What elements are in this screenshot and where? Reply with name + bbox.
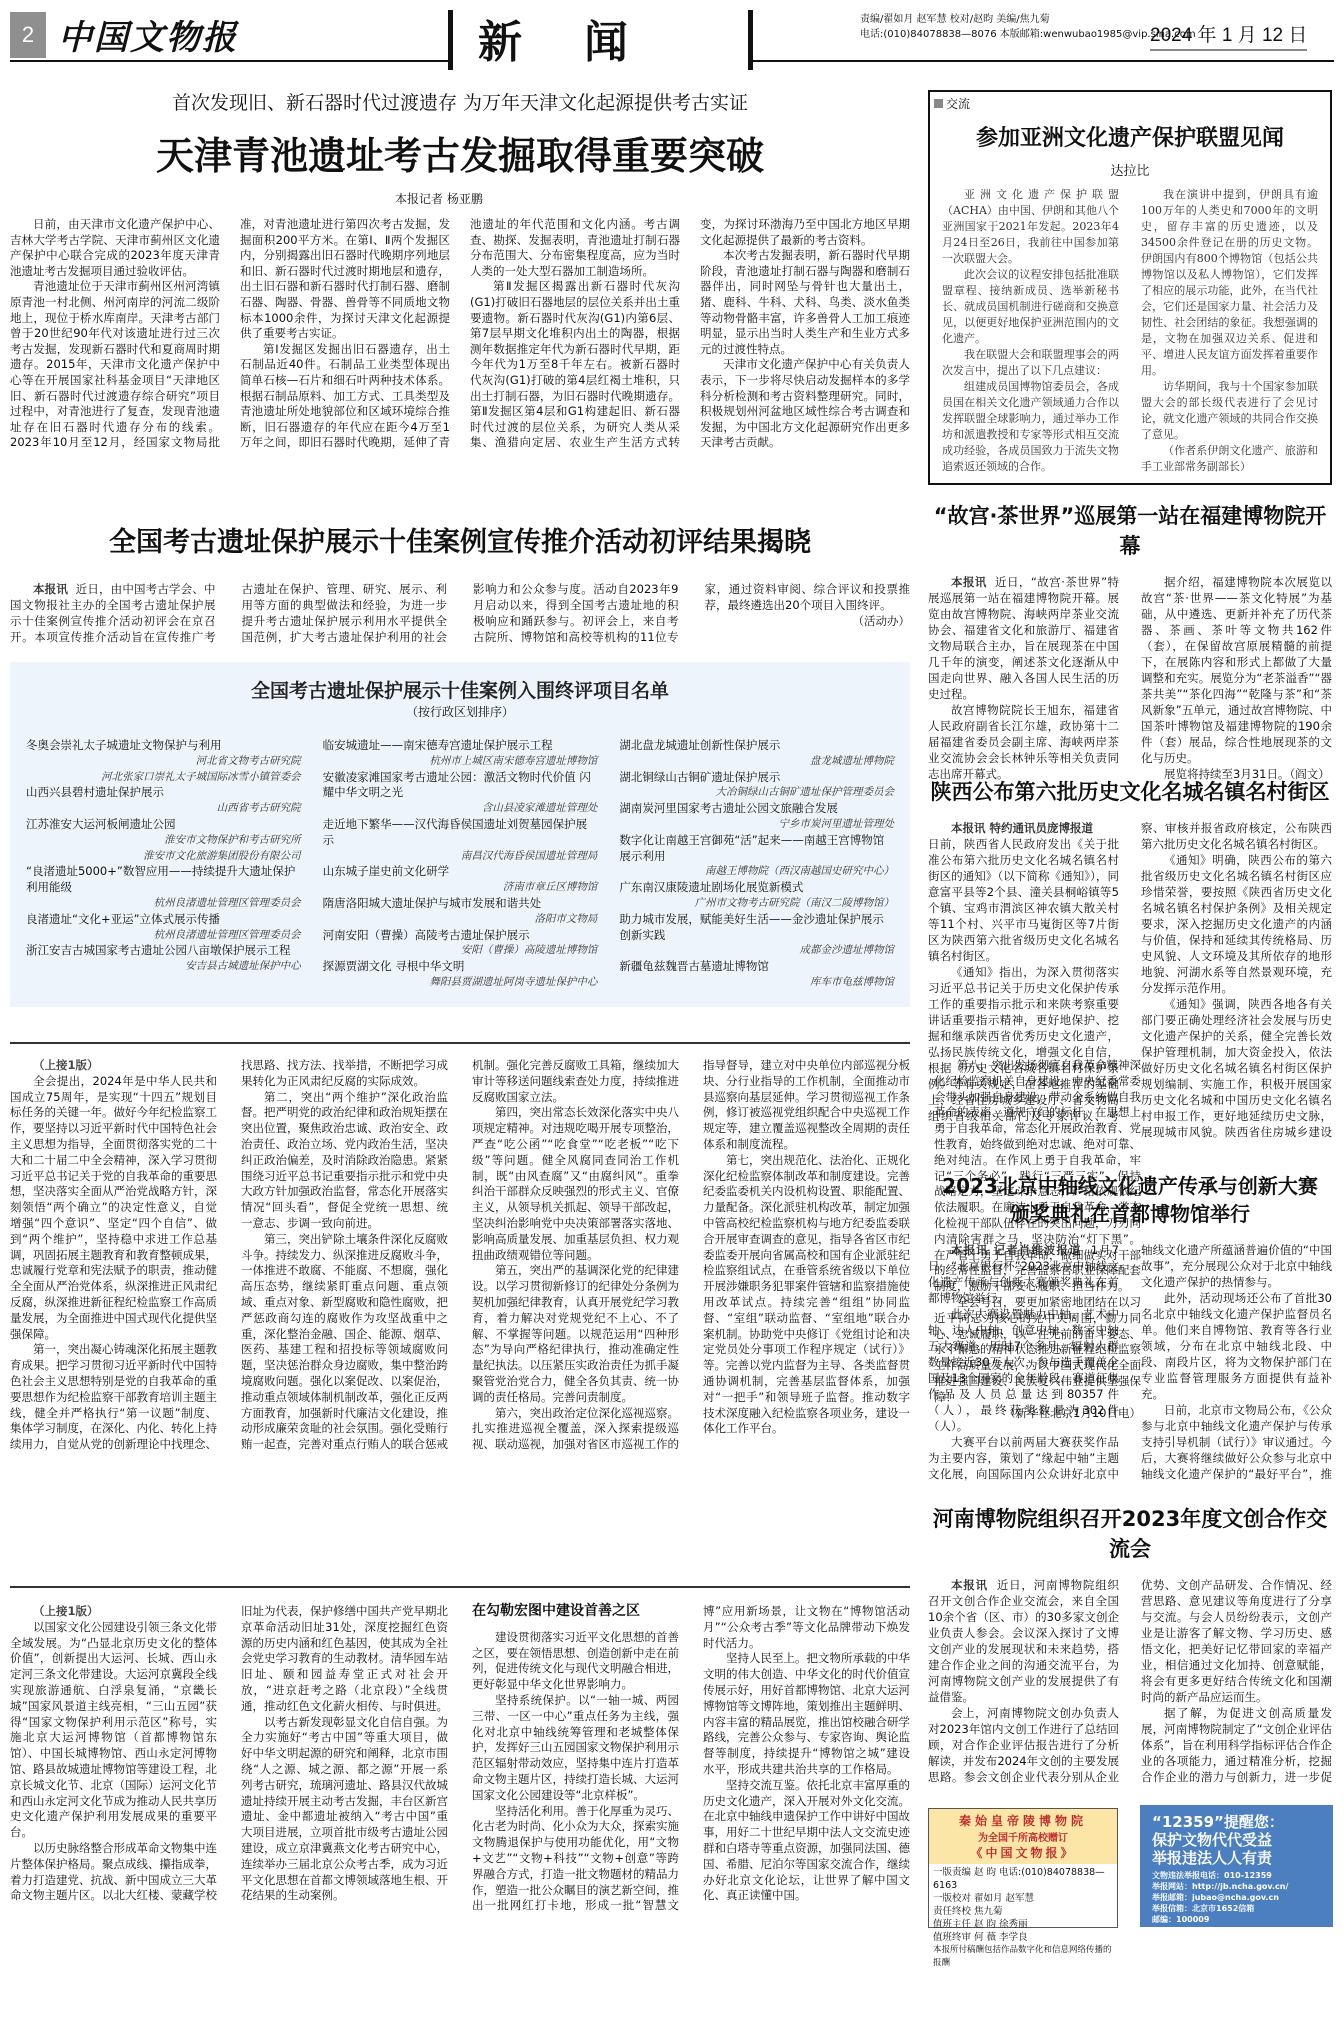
label-square-icon <box>934 99 943 108</box>
masthead-divider-left <box>448 10 453 70</box>
finalist-list-subtitle: （按行政区划排序） <box>26 703 894 720</box>
list-item: 隋唐洛阳城大遗址保护与城市发展和谐共处洛阳市文物局 <box>323 896 598 928</box>
ad-emperor-museum: 秦始皇帝陵博物院 为全国千所高校赠订 《中国文物报》 一版责编 赵 昀 电话:(… <box>928 1808 1118 1928</box>
paragraph: 全会号召，要更加紧密地团结在以习近平同志为核心的党中央周围，勠力同心、忠诚履职，… <box>934 1295 1141 1406</box>
ad-12359: “12359”提醒您： 保护文物代代受益 举报违法人人有责 文物违法举报电话：0… <box>1140 1805 1333 1927</box>
staff-line: 值班终审 何 薇 李学良 <box>933 1931 1113 1944</box>
paragraph: 第二，突出“两个维护”深化政治监督。把严明党的政治纪律和政治规矩摆在突出位置，聚… <box>241 1090 448 1232</box>
paragraph: 坚持人民至上。把文物所承载的中华文明的伟大创造、中华文化的时代价值宣传展示好，用… <box>703 1651 910 1777</box>
article-headline: 陕西公布第六批历史文化名城名镇名村街区 <box>928 776 1332 806</box>
paragraph: 据介绍，福建博物院本次展览以故宫“茶·世界——茶文化特展”为基础，从中遴选、更新… <box>1141 574 1332 766</box>
list-item: 临安城遗址——南宋德寿宫遗址保护展示工程杭州市上城区南宋德寿宫遗址博物馆 <box>323 738 598 770</box>
paragraph: 此外，活动现场还公布了首批30名北京中轴线文化遗产保护监督员名单。他们来自博物馆… <box>1141 1290 1332 1402</box>
masthead-rule-right <box>750 60 1334 62</box>
article-kicker: 首次发现旧、新石器时代过渡遗存 为万年天津文化起源提供考古实证 <box>10 88 910 115</box>
list-item: 助力城市发展，赋能美好生活——金沙遗址保护展示创新实践成都金沙遗址博物馆 <box>619 912 894 959</box>
paragraph: 近日，河南博物院组织召开文创合作企业交流会，来自全国10余个省（区、市）的30多… <box>928 1578 1119 1704</box>
finalist-list-title: 全国考古遗址保护展示十佳案例入围终评项目名单 <box>26 676 894 703</box>
article-beijing: （上接1版） 以国家文化公园建设引领三条文化带全域发展。为“凸显北京历史文化的整… <box>10 1604 910 1934</box>
article-headline: 河南博物院组织召开2023年度文创合作交流会 <box>928 1503 1332 1563</box>
continued-note: （上接1版） <box>10 1058 217 1074</box>
section-divider <box>10 1586 910 1588</box>
ad-contact-postcode: 邮编：100009 <box>1152 1914 1321 1925</box>
list-item: 湖北铜绿山古铜矿遗址保护展示大冶铜绿山古铜矿遗址保护管理委员会 <box>619 770 894 802</box>
article-body: （上接1版） 全会提出，2024年是中华人民共和国成立75周年，是实现“十四五”… <box>10 1058 910 1458</box>
list-item: 山西兴县碧村遗址保护展示山西省考古研究院 <box>26 785 301 817</box>
paragraph: 第四，突出常态长效深化落实中央八项规定精神。对违规吃喝开展专项整治，严查“吃公函… <box>472 1105 679 1263</box>
ad-staff-list: 一版责编 赵 昀 电话:(010)84078838—6163 一版校对 翟如月 … <box>929 1864 1117 1972</box>
article-top10: 全国考古遗址保护展示十佳案例宣传推介活动初评结果揭晓 本报讯 近日，由中国考古学… <box>10 520 910 653</box>
paragraph: 建设贯彻落实习近平文化思想的首善之区，要在领悟思想、创造创新中走在前列，促进传统… <box>472 1630 679 1693</box>
list-item: 广东南汉康陵遗址剧场化展览新模式广州市文物考古研究院（南汉二陵博物馆） <box>619 880 894 912</box>
article-tea: “故宫·茶世界”巡展第一站在福建博物院开幕 本报讯 近日，“故宫·茶世界”特展巡… <box>928 500 1332 784</box>
ad-contact-email: 举报邮箱：jubao@ncha.gov.cn <box>1152 1892 1321 1903</box>
staff-line: 一版校对 翟如月 赵军慧 <box>933 1892 1113 1905</box>
finalist-column-3: 湖北盘龙城遗址创新性保护展示盘龙城遗址博物院 湖北铜绿山古铜矿遗址保护展示大冶铜… <box>619 738 894 991</box>
section-divider <box>10 1042 910 1044</box>
ad-line: 秦始皇帝陵博物院 <box>929 1812 1117 1829</box>
finalist-list-panel: 全国考古遗址保护展示十佳案例入围终评项目名单 （按行政区划排序） 冬奥会崇礼太子… <box>10 662 910 1007</box>
paragraph: 天津市文化遗产保护中心有关负责人表示，下一步将尽快启动发掘样本的多学科分析检测和… <box>700 357 910 451</box>
list-item: 探源贾湖文化 寻根中华文明舞阳县贾湖遗址阿岗寺遗址保护中心 <box>323 959 598 991</box>
article-discipline: （上接1版） 全会提出，2024年是中华人民共和国成立75周年，是实现“十四五”… <box>10 1058 910 1458</box>
ad-line: “12359”提醒您： <box>1152 1813 1321 1831</box>
ad-line: 举报违法人人有责 <box>1152 1849 1321 1867</box>
article-sign: （活动办） <box>705 613 911 629</box>
article-body: （上接1版） 以国家文化公园建设引领三条文化带全域发展。为“凸显北京历史文化的整… <box>10 1604 910 1934</box>
article-acha-box: 交流 参加亚洲文化遗产保护联盟见闻 达拉比 亚洲文化遗产保护联盟（ACHA）由中… <box>928 90 1332 485</box>
paragraph: 此次会议的议程安排包括批准联盟章程、接纳新成员、选举新秘书长、就成员国机制进行磋… <box>942 267 1119 347</box>
finalist-column-1: 冬奥会崇礼太子城遗址文物保护与利用河北省文物考古研究院河北张家口崇礼太子城国际冰… <box>26 738 301 991</box>
section-title: 新闻 <box>478 6 690 70</box>
article-body: 本报讯 近日，河南博物院组织召开文创合作企业交流会，来自全国10余个省（区、市）… <box>928 1577 1332 1792</box>
paragraph: 以国家文化公园建设引领三条文化带全域发展。为“凸显北京历史文化的整体价值”，创新… <box>10 1620 217 1841</box>
author-note: （作者系伊朗文化遗产、旅游和手工业部常务副部长） <box>1141 443 1318 475</box>
staff-line: 值班主任 赵 昀 徐秀丽 <box>933 1918 1113 1931</box>
article-sign: （新华社北京1月10日电） <box>934 1406 1141 1422</box>
ad-contact-mailbox: 举报信箱：北京市1652信箱 <box>1152 1903 1321 1914</box>
ad-line: 《中国文物报》 <box>929 1844 1117 1861</box>
article-author: 达拉比 <box>930 160 1330 179</box>
ad-contact-phone: 文物违法举报电话：010-12359 <box>1152 1870 1321 1881</box>
list-item: 良渚遗址“文化+亚运”立体式展示传播杭州良渚遗址管理区管理委员会 <box>26 912 301 944</box>
paragraph: 近日，“故宫·茶世界”特展巡展第一站在福建博物院开幕。展览由故宫博物院、海峡两岸… <box>928 575 1119 701</box>
column-label: 交流 <box>930 92 1330 115</box>
paragraph: 故宫博物院院长王旭东，福建省人民政府副省长江尔雄，政协第十二届福建省委员会副主席… <box>928 702 1119 782</box>
list-item: 安徽凌家滩国家考古遗址公园：激活文物时代价值 闪耀中华文明之光含山县凌家滩遗址管… <box>323 770 598 817</box>
article-tianjin: 首次发现旧、新石器时代过渡遗存 为万年天津文化起源提供考古实证 天津青池遗址考古… <box>10 88 910 487</box>
list-item: 数字化让南越王宫御苑“活”起来——南越王宫博物馆展示利用南越王博物院（西汉南越国… <box>619 833 894 880</box>
paragraph: 以考古新发现彰显文化自信自强。为全力实施好“考古中国”等重大项目，做好中华文明起… <box>241 1715 448 1905</box>
ad-headline-block: 秦始皇帝陵博物院 为全国千所高校赠订 《中国文物报》 <box>929 1809 1117 1864</box>
page-number: 2 <box>10 12 46 58</box>
issue-date: 2024 年 1 月 12 日 <box>1150 20 1307 51</box>
dateline: 本报讯 <box>951 575 987 589</box>
list-item: 湖南炭河里国家考古遗址公园文旅融合发展宁乡市炭河里遗址管理处 <box>619 801 894 833</box>
article-headline: 参加亚洲文化遗产保护联盟见闻 <box>930 121 1330 152</box>
article-byline: 本报记者 杨亚鹏 <box>395 190 910 207</box>
dateline: 本报讯 特约通讯员庞博报道 <box>951 821 1093 835</box>
list-item: 湖北盘龙城遗址创新性保护展示盘龙城遗址博物院 <box>619 738 894 770</box>
ad-contact-website: 举报网站：http://jb.ncha.gov.cn/ <box>1152 1881 1321 1892</box>
credits-contact: 电话:(010)84078838—8076 本版邮箱:wenwubao1985@… <box>860 27 1196 42</box>
column-label-text: 交流 <box>946 95 970 112</box>
page-credits: 责编/翟如月 赵军慧 校对/赵昀 美编/焦九菊 电话:(010)84078838… <box>860 12 1196 42</box>
staff-line: 一版责编 赵 昀 电话:(010)84078838—6163 <box>933 1866 1113 1892</box>
paragraph: 第五，突出严的基调深化党的纪律建设。以学习贯彻新修订的纪律处分条例为契机加强纪律… <box>472 1263 679 1405</box>
staff-line: 责任终校 焦九菊 <box>933 1905 1113 1918</box>
finalist-list-columns: 冬奥会崇礼太子城遗址文物保护与利用河北省文物考古研究院河北张家口崇礼太子城国际冰… <box>26 738 894 991</box>
paragraph: 本次考古发掘表明，新石器时代早期阶段，青池遗址打制石器与陶器和磨制石器伴出，同时… <box>700 248 910 357</box>
article-henan: 河南博物院组织召开2023年度文创合作交流会 本报讯 近日，河南博物院组织召开文… <box>928 1503 1332 1792</box>
paragraph: 亚洲文化遗产保护联盟（ACHA）由中国、伊朗和其他八个亚洲国家于2021年发起。… <box>942 187 1119 267</box>
list-item: 新疆龟兹魏晋古墓遗址博物馆库车市龟兹博物馆 <box>619 959 894 991</box>
paragraph: 我在演讲中提到，伊朗具有逾100万年的人类史和7000年的文明史，留存丰富的历史… <box>1141 187 1318 379</box>
paragraph: 坚持交流互鉴。依托北京丰富厚重的历史文化遗产，深入开展对外文化交流。在北京中轴线… <box>703 1778 910 1904</box>
ad-line: 为全国千所高校赠订 <box>929 1829 1117 1844</box>
paragraph: 坚持系统保护。以“一轴一城、两园三带、一区一中心”重点任务为主线，强化对北京中轴… <box>472 1693 679 1804</box>
list-item: 走近地下繁华——汉代海昏侯国遗址刘贺墓园保护展示南昌汉代海昏侯国遗址管理局 <box>323 817 598 864</box>
article-body: 本报讯 近日，“故宫·茶世界”特展巡展第一站在福建博物院开幕。展览由故宫博物院、… <box>928 574 1332 784</box>
paragraph: 组建成员国博物馆委员会，各成员国在相关文化遗产领域通力合作以发挥联盟全球影响力，… <box>942 379 1119 475</box>
article-body: 亚洲文化遗产保护联盟（ACHA）由中国、伊朗和其他八个亚洲国家于2021年发起。… <box>930 187 1330 477</box>
ad-line: 保护文物代代受益 <box>1152 1831 1321 1849</box>
dateline: 本报讯 <box>951 1578 988 1592</box>
list-item: 河南安阳（曹操）高陵考古遗址保护展示安阳（曹操）高陵遗址博物馆 <box>323 928 598 960</box>
article-headline: 天津青池遗址考古发掘取得重要突破 <box>10 125 910 180</box>
credits-editors: 责编/翟如月 赵军慧 校对/赵昀 美编/焦九菊 <box>860 12 1196 27</box>
paragraph: 《通知》明确，陕西公布的第六批省级历史文化名城名镇名村街区应珍惜荣誉，要按照《陕… <box>1141 852 1332 996</box>
paragraph: 第八，突出发扬彻底自我革命精神深化纪检监察机关自身建设。中央纪委常委会带头加强自… <box>934 1058 1141 1295</box>
list-item: 江苏淮安大运河板闸遗址公园淮安市文物保护和考古研究所淮安市文化旅游集团股份有限公… <box>26 817 301 864</box>
paragraph: 日前，陕西省人民政府发出《关于批准公布第六批历史文化名城名镇名村街区的通知》（以… <box>928 836 1119 964</box>
dateline: 本报讯 <box>33 582 68 596</box>
list-item: “良渚遗址5000+”数智应用——持续提升大遗址保护利用能级杭州良渚遗址管理区管… <box>26 864 301 911</box>
paragraph: 访华期间，我与十个国家参加联盟大会的部长级代表进行了会见讨论，就文化遗产领域的共… <box>1141 379 1318 443</box>
article-subhead: 在勾勒宏图中建设首善之区 <box>472 1604 679 1620</box>
article-body: 日前，由天津市文化遗产保护中心、吉林大学考古学院、天津市蓟州区文化遗产保护中心联… <box>10 217 910 487</box>
paragraph: 我在联盟大会和联盟理事会的两次发言中，提出了以下几点建议： <box>942 347 1119 379</box>
continued-note: （上接1版） <box>10 1604 217 1620</box>
newspaper-logo: 中国文物报 <box>58 10 238 59</box>
list-item: 冬奥会崇礼太子城遗址文物保护与利用河北省文物考古研究院河北张家口崇礼太子城国际冰… <box>26 738 301 785</box>
paragraph: 全会提出，2024年是中华人民共和国成立75周年，是实现“十四五”规划目标任务的… <box>10 1074 217 1343</box>
paragraph: 日前，由天津市文化遗产保护中心、吉林大学考古学院、天津市蓟州区文化遗产保护中心联… <box>10 217 220 279</box>
list-item: 山东城子崖史前文化研学济南市章丘区博物馆 <box>323 864 598 896</box>
staff-line: 本报所付稿酬包括作品数字化和信息网络传播的报酬 <box>933 1944 1113 1970</box>
article-headline: “故宫·茶世界”巡展第一站在福建博物院开幕 <box>928 500 1332 560</box>
article-headline: 全国考古遗址保护展示十佳案例宣传推介活动初评结果揭晓 <box>10 520 910 559</box>
finalist-column-2: 临安城遗址——南宋德寿宫遗址保护展示工程杭州市上城区南宋德寿宫遗址博物馆 安徽凌… <box>323 738 598 991</box>
paragraph: 第七，突出规范化、法治化、正规化深化纪检监察体制改革和制度建设。完善纪委监委机关… <box>703 1153 910 1437</box>
masthead-rule-left <box>10 60 450 62</box>
article-body: 本报讯 近日，由中国考古学会、中国文物报社主办的全国考古遗址保护展示十佳案例宣传… <box>10 581 910 653</box>
list-item: 浙江安吉古城国家考古遗址公园八亩墩保护展示工程安吉县古城遗址保护中心 <box>26 943 301 975</box>
